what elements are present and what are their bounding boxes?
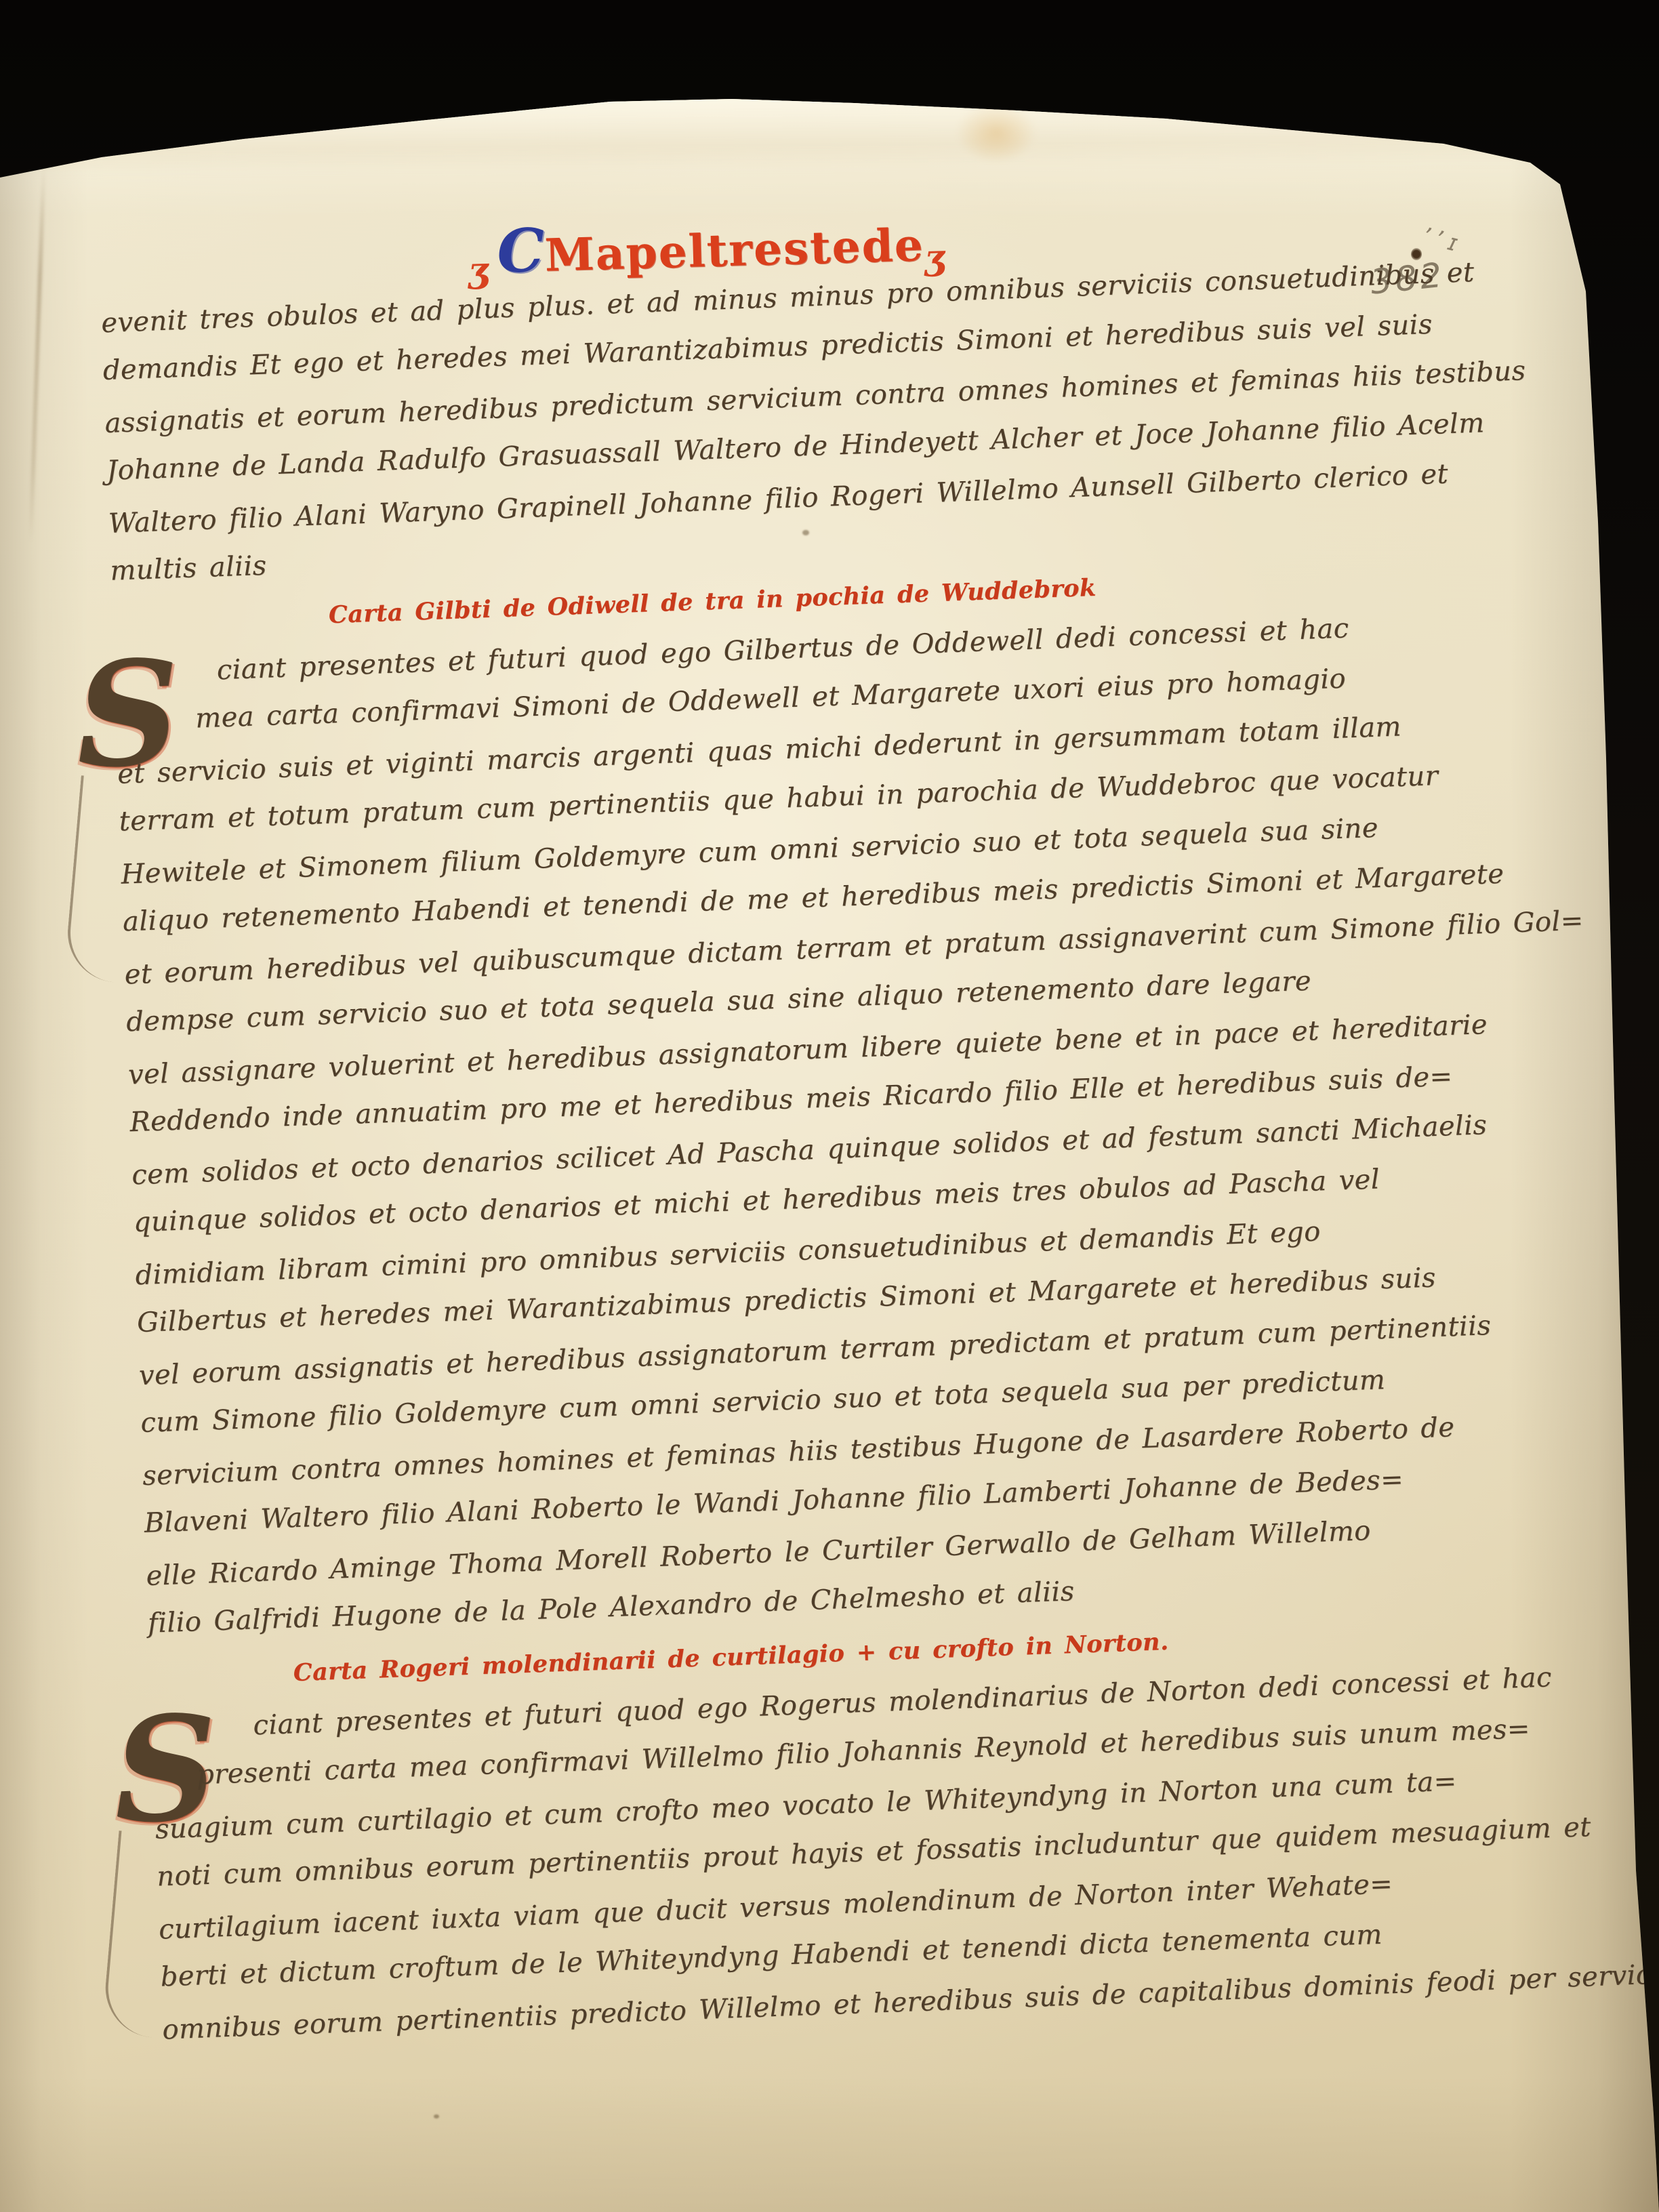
charter-gilbert-de-odiwell: S ciant presentes et futuri quod ego Gil… (113, 604, 1375, 1650)
charter-roger-miller: S ciant presentes et futuri quod ego Rog… (150, 1659, 1389, 2053)
previous-folio-edge (28, 163, 46, 542)
parchment-speck (434, 2114, 439, 2118)
header-paraph-initial: C (496, 215, 541, 287)
charter-gilbert-lines: ciant presentes et futuri quod ego Gilbe… (113, 604, 1375, 1650)
closing-paragraph: evenit tres obulos et ad plus plus. et a… (100, 253, 1337, 597)
manuscript-text-block: evenit tres obulos et ad plus plus. et a… (100, 253, 1389, 2053)
charter-roger-lines: ciant presentes et futuri quod ego Roger… (150, 1659, 1389, 2053)
parchment-page: ʒCMapeltrestedeʒ ʼʼɪ 382 evenit tres obu… (0, 0, 1659, 2212)
folio-pencil-marks: ʼʼɪ (1421, 224, 1465, 256)
